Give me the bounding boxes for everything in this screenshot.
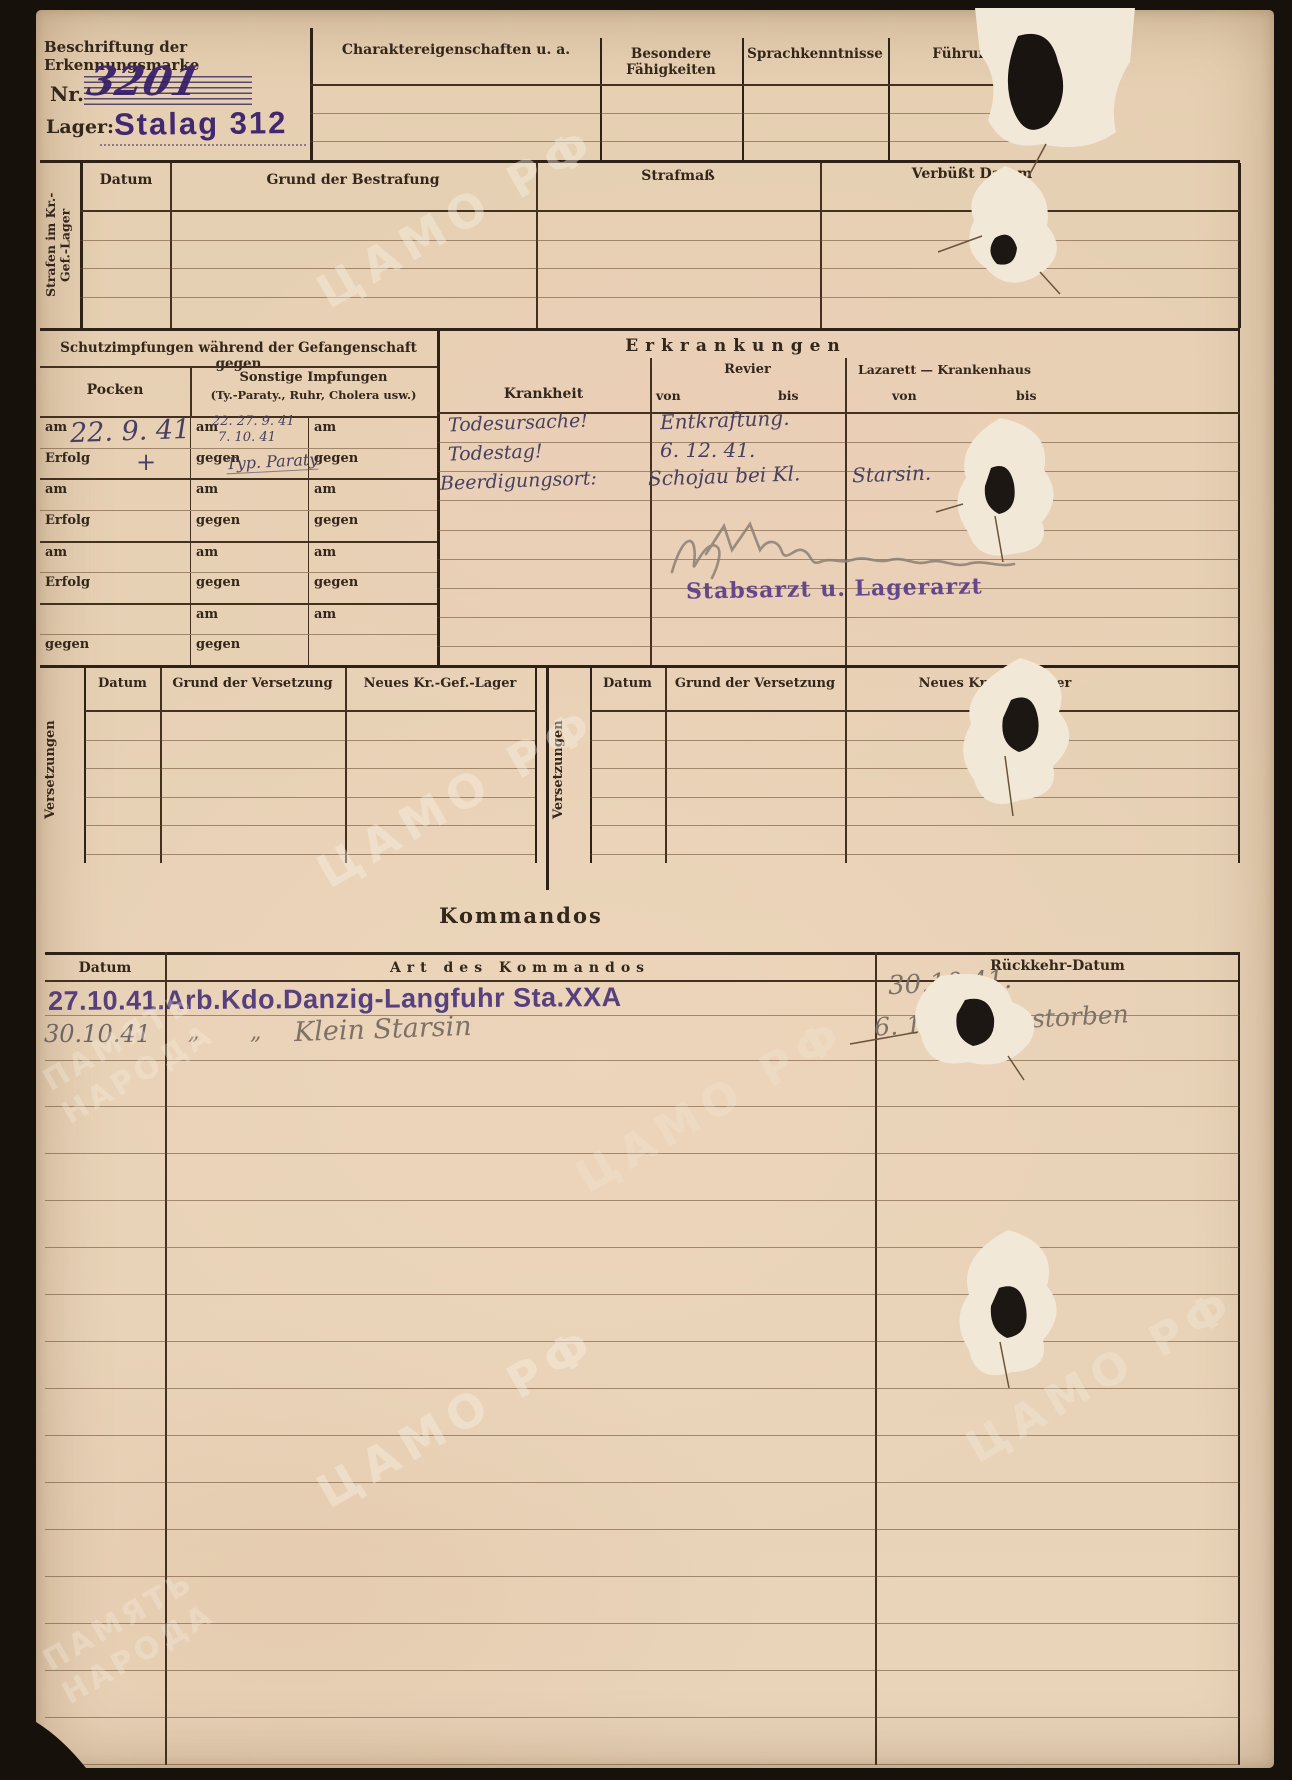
versetzungen-l-right-border: [535, 668, 537, 863]
gegen-label: gegen: [40, 635, 190, 652]
strafen-side-label: Strafen im Kr.- Gef.-Lager: [44, 170, 78, 320]
erfolg-label: Erfolg: [40, 573, 190, 590]
am-label: am: [191, 480, 308, 497]
hw-sonstige-date-1: 22. 27. 9. 41: [212, 414, 295, 429]
top-col-4-header: Führung: [890, 46, 1040, 62]
erkrankungen-col-revier: Revier: [650, 362, 845, 377]
versetzungen-l-col-neues: Neues Kr.-Gef.-Lager: [345, 676, 535, 691]
kommandos-top-border: [45, 952, 1240, 955]
kommandos-col-art: Art des Kommandos: [165, 960, 875, 976]
versetzungen-r-col-datum: Datum: [590, 676, 665, 691]
impfungen-col-pocken: Pocken: [40, 382, 190, 398]
versetzungen-l-col-grund: Grund der Versetzung: [160, 676, 345, 691]
hw-pocken-date: 22. 9. 41: [69, 414, 190, 449]
versetzungen-l-blank-lines: [85, 712, 535, 855]
versetzungen-middle-divider: [546, 665, 549, 890]
kommando-row1-rueckkehr: 30.10.41.: [887, 965, 1012, 1001]
impfungen-col-sonstige-1: Sonstige Impfungen: [190, 370, 437, 385]
kommando-row2-ditto1: „: [188, 1020, 199, 1045]
revier-bis-label: bis: [778, 388, 799, 403]
lager-label: Lager:: [46, 116, 114, 138]
impfungen-row-5: am am am: [40, 543, 437, 574]
versetzungen-r-col-grund: Grund der Versetzung: [665, 676, 845, 691]
strafen-col-verbuesst: Verbüßt Datum: [822, 166, 1122, 182]
versetzungen-r-blank-lines: [590, 712, 1240, 855]
am-label: am: [191, 543, 308, 560]
kommando-row2-datum: 30.10.41: [44, 1020, 151, 1048]
versetzungen-l-col-datum: Datum: [85, 676, 160, 691]
impfungen-row-8: gegen gegen: [40, 635, 437, 665]
am-label: am: [309, 543, 437, 560]
kommando-row2-rueckkehr: 6. 12. 41. gestorben: [873, 999, 1129, 1041]
impfungen-header-divider: [190, 366, 192, 418]
versetzungen-side-label-right: Versetzungen: [552, 675, 582, 865]
scanned-pow-card: Beschriftung der Erkennungsmarke Nr. 320…: [0, 0, 1292, 1780]
gegen-label: gegen: [309, 511, 437, 528]
hw-wert-1: Entkräftung.: [660, 406, 790, 435]
hw-sonstige-date-2: 7. 10. 41: [218, 430, 276, 445]
am-label: am: [40, 543, 190, 560]
strafen-col-datum: Datum: [82, 172, 170, 188]
kommando-row2-ditto2: „: [250, 1020, 261, 1045]
strafen-col-grund: Grund der Bestrafung: [172, 172, 534, 188]
hw-krankheit-2: Todestag!: [448, 440, 543, 465]
section-boundary-2: [40, 328, 1240, 331]
lager-stamp-value: Stalag 312: [114, 105, 288, 143]
lazarett-von-label: von: [892, 388, 917, 403]
gegen-label: gegen: [309, 449, 437, 466]
strafen-col-strafmass: Strafmaß: [538, 168, 818, 184]
revier-von-label: von: [656, 388, 681, 403]
am-label: am: [309, 480, 437, 497]
impfungen-col-sonstige-2: (Ty.-Paraty., Ruhr, Cholera usw.): [190, 388, 437, 402]
am-label: am: [309, 418, 437, 435]
kommando-row2-art: Klein Starsin: [294, 1011, 473, 1048]
erkrankungen-col-lazarett: Lazarett — Krankenhaus: [858, 362, 1118, 377]
arzt-stamp: Stabsarzt u. Lagerarzt: [686, 573, 983, 604]
impfungen-subheader-top: [40, 366, 437, 368]
top-blank-lines: [310, 86, 1066, 142]
strafen-side-label-line1: Strafen im Kr.-: [43, 193, 58, 297]
erfolg-label: Erfolg: [40, 449, 190, 466]
top-col-1-header: Charaktereigenschaften u. a.: [314, 42, 598, 58]
nr-strikethrough-lines: [84, 72, 252, 106]
kommandos-title: Kommandos: [376, 903, 666, 928]
lager-dotted-line: [100, 144, 306, 146]
top-col-2-header: Besondere Fähigkeiten: [602, 46, 740, 78]
section-boundary-1: [40, 160, 1240, 163]
gegen-label: gegen: [191, 511, 308, 528]
impfungen-row-6: Erfolg gegen gegen: [40, 573, 437, 605]
kommandos-blank-lines: [45, 1060, 1240, 1765]
impfungen-row-3: am am am: [40, 480, 437, 511]
erkrankungen-col-krankheit: Krankheit: [437, 386, 650, 402]
impfungen-row-4: Erfolg gegen gegen: [40, 511, 437, 543]
nr-label: Nr.: [50, 82, 84, 106]
strafen-side-label-line2: Gef.-Lager: [57, 208, 72, 281]
am-label: am: [191, 605, 308, 622]
impfungen-row-7: am am: [40, 605, 437, 636]
top-col-3-header: Sprachkenntnisse: [744, 46, 886, 62]
am-label: am: [309, 605, 437, 622]
kommando-row1-stamp: 27.10.41.Arb.Kdo.Danzig-Langfuhr Sta.XXA: [48, 982, 622, 1017]
erfolg-label: Erfolg: [40, 511, 190, 528]
card-paper: Beschriftung der Erkennungsmarke Nr. 320…: [36, 10, 1274, 1768]
gegen-label: gegen: [309, 573, 437, 590]
gegen-label: gegen: [191, 573, 308, 590]
kommandos-col-datum: Datum: [45, 960, 165, 976]
erkrankungen-title: Erkrankungen: [516, 336, 956, 356]
gegen-label: gegen: [191, 635, 308, 652]
section-boundary-3: [40, 665, 1240, 668]
hw-wert-3b: Starsin.: [852, 461, 932, 488]
kommandos-header-underline: [45, 980, 1240, 982]
strafen-blank-lines: [80, 212, 1240, 298]
lazarett-bis-label: bis: [1016, 388, 1037, 403]
versetzungen-side-label-left: Versetzungen: [44, 675, 74, 865]
am-label: am: [40, 480, 190, 497]
hw-pocken-erfolg: +: [136, 448, 156, 476]
versetzungen-r-col-neues: Neues Kr.-Gef.-Lager: [845, 676, 1145, 691]
hw-wert-2: 6. 12. 41.: [660, 438, 755, 462]
